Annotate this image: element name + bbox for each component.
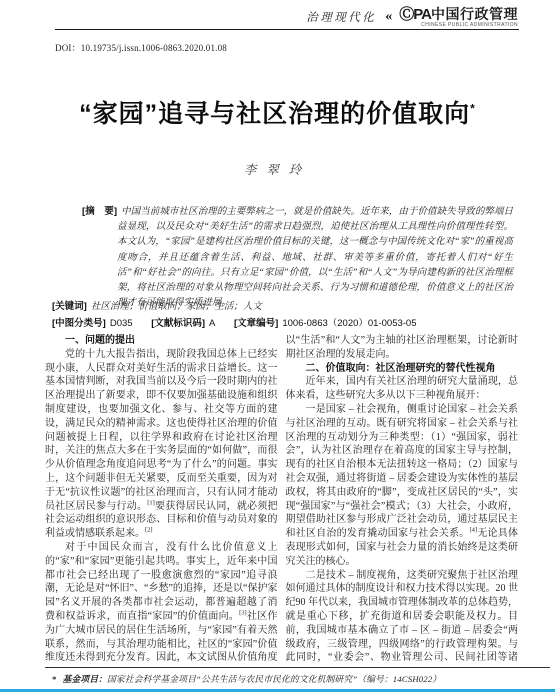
doc-code-label: [文献标识码]	[151, 318, 205, 329]
doc-code-pair: [文献标识码]A	[151, 318, 215, 329]
article-body: 一、问题的提出党的十九大报告指出，现阶段我国总体上已经实现小康，人民群众对美好生…	[45, 334, 518, 664]
body-column-right: 以“生活”和“人文”为主轴的社区治理框架，讨论新时期社区治理的发展走向。二、价值…	[286, 334, 519, 664]
citation-ref: [3]	[239, 610, 247, 617]
page-header: 治理现代化 « ⒸPA 中国行政管理 CHINESE PUBLIC ADMINI…	[0, 6, 518, 28]
journal-logo: ⒸPA 中国行政管理 CHINESE PUBLIC ADMINISTRATION	[399, 7, 518, 28]
citation-ref: [1]	[147, 499, 155, 506]
paragraph-text: 一是国家 – 社会视角，侧重讨论国家 – 社会关系与社区治理的互动。既有研究将国…	[286, 404, 519, 539]
citation-ref: [4]	[470, 527, 478, 534]
journal-page: 治理现代化 « ⒸPA 中国行政管理 CHINESE PUBLIC ADMINI…	[0, 0, 555, 692]
paragraph: 一是国家 – 社会视角，侧重讨论国家 – 社会关系与社区治理的互动。既有研究将国…	[286, 403, 519, 569]
column-section-label: 治理现代化	[306, 9, 376, 25]
abstract-text-wrap: [摘 要]中国当前城市社区治理的主要弊病之一，就是价值缺失。近年来，由于价值缺失…	[82, 204, 513, 311]
fund-footnote: *基金项目：国家社会科学基金项目“公共生活与农民市民化的文化机制研究”（编号：1…	[52, 672, 535, 685]
clc-pair: [中图分类号]D035	[52, 318, 133, 329]
abstract-text: 中国当前城市社区治理的主要弊病之一，就是价值缺失。近年来，由于价值缺失导致的弊端…	[117, 207, 513, 308]
fund-label: 基金项目：	[63, 674, 108, 684]
article-no-value: 1006-0863（2020）01-0053-05	[282, 318, 416, 329]
paragraph: 二是技术 – 制度视角，这类研究聚焦于社区治理如何通过具体的制度设计和权力技术得…	[286, 569, 519, 664]
abstract-block: [摘 要]中国当前城市社区治理的主要弊病之一，就是价值缺失。近年来，由于价值缺失…	[82, 204, 513, 311]
keywords-line: [关键词]社区治理；价值取向；家园；生活；人文	[52, 298, 518, 312]
article-title: “家园”追寻与社区治理的价值取向*	[0, 94, 555, 130]
author-name: 李翠玲	[0, 160, 555, 178]
paragraph-text: 二、价值取向：社区治理研究的替代性视角	[306, 363, 496, 374]
section-heading: 一、问题的提出	[45, 334, 278, 348]
article-no-label: [文章编号]	[234, 318, 278, 329]
clc-label: [中图分类号]	[52, 318, 106, 329]
title-footnote-marker: *	[470, 102, 476, 116]
doi-line: DOI：10.19735/j.issn.1006-0863.2020.01.08	[55, 41, 227, 54]
clc-value: D035	[110, 318, 133, 329]
article-no-pair: [文章编号]1006-0863（2020）01-0053-05	[234, 318, 417, 329]
paragraph-text: 以“生活”和“人文”为主轴的社区治理框架，讨论新时期社区治理的发展走向。	[286, 335, 519, 360]
fund-text: 国家社会科学基金项目“公共生活与农民市民化的文化机制研究”（编号：14CSH02…	[107, 674, 441, 684]
citation-ref: [2]	[145, 527, 153, 534]
paragraph-text: 近年来，国内有关社区治理的研究大量涌现，总体来看，这些研究大多从以下三种视角展开…	[286, 376, 519, 401]
header-divider	[55, 29, 519, 30]
classification-line: [中图分类号]D035 [文献标识码]A [文章编号]1006-0863（202…	[52, 315, 522, 329]
paragraph: 党的十九大报告指出，现阶段我国总体上已经实现小康，人民群众对美好生活的需求日益增…	[45, 348, 278, 541]
paragraph-text: 二是技术 – 制度视角，这类研究聚焦于社区治理如何通过具体的制度设计和权力技术得…	[286, 570, 519, 664]
paragraph: 近年来，国内有关社区治理的研究大量涌现，总体来看，这些研究大多从以下三种视角展开…	[286, 375, 519, 403]
journal-name-english: CHINESE PUBLIC ADMINISTRATION	[421, 23, 518, 28]
paragraph: 对于中国民众而言，没有什么比价值意义上的“家”和“家园”更能引起共鸣。事实上，近…	[45, 541, 278, 664]
footnote-divider	[45, 667, 550, 668]
paragraph-text: 党的十九大报告指出，现阶段我国总体上已经实现小康，人民群众对美好生活的需求日益增…	[45, 349, 278, 512]
paragraph: 以“生活”和“人文”为主轴的社区治理框架，讨论新时期社区治理的发展走向。	[286, 334, 519, 362]
chevron-left-icon: «	[385, 9, 390, 25]
keywords-label: [关键词]	[52, 301, 87, 312]
footnote-marker: *	[52, 674, 57, 684]
cpa-logo-icon: ⒸPA	[399, 7, 431, 22]
doc-code-value: A	[209, 318, 215, 329]
abstract-label: [摘 要]	[82, 206, 117, 217]
journal-name: 中国行政管理	[431, 7, 518, 21]
body-column-left: 一、问题的提出党的十九大报告指出，现阶段我国总体上已经实现小康，人民群众对美好生…	[45, 334, 278, 664]
keywords-text: 社区治理；价值取向；家园；生活；人文	[91, 302, 262, 312]
article-title-text: “家园”追寻与社区治理的价值取向	[79, 100, 470, 128]
paragraph-text: 一、问题的提出	[65, 335, 135, 346]
journal-logo-row: ⒸPA 中国行政管理	[399, 7, 518, 22]
section-heading: 二、价值取向：社区治理研究的替代性视角	[286, 362, 519, 376]
